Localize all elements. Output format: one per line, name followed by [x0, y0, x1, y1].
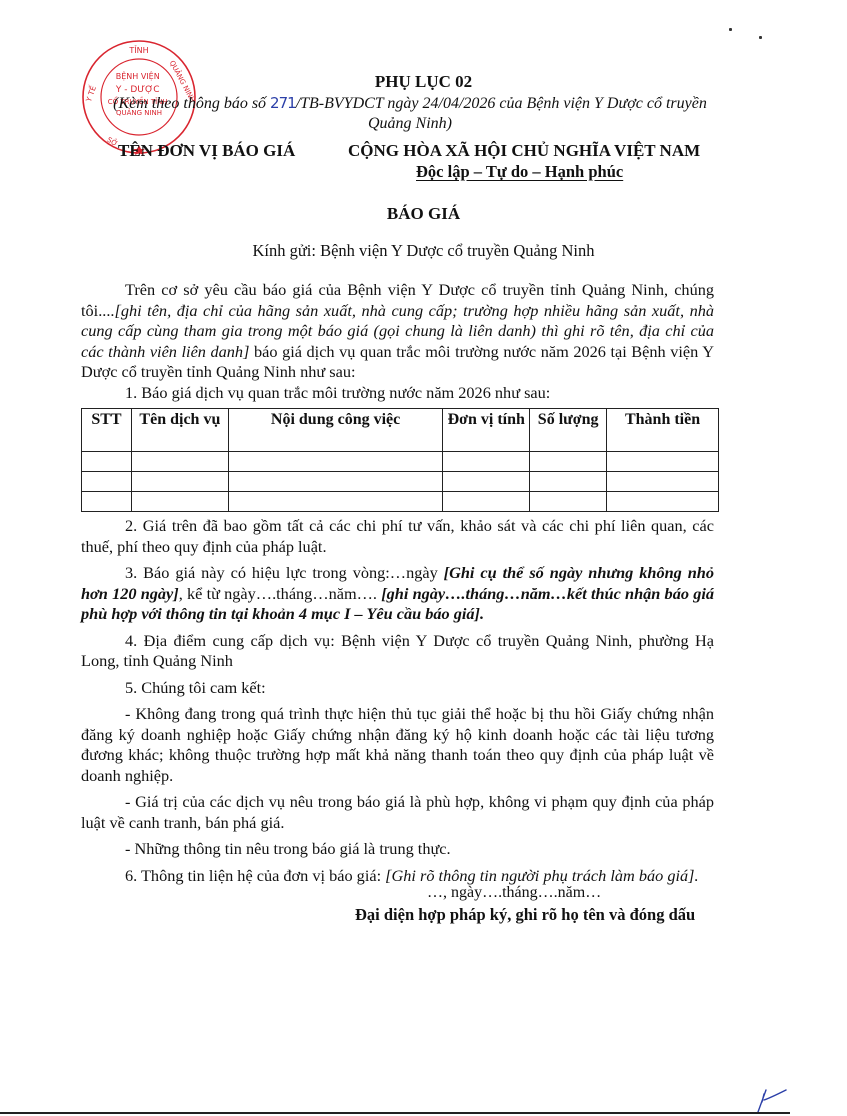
quoting-unit-name: TÊN ĐƠN VỊ BÁO GIÁ: [118, 141, 295, 161]
cell[interactable]: [82, 492, 132, 512]
table-row: [82, 472, 719, 492]
date-line: …, ngày….tháng….năm…: [427, 884, 601, 902]
col-work-content: Nội dung công việc: [228, 409, 443, 452]
item-6-text: 6. Thông tin liện hệ của đơn vị báo giá:: [125, 866, 385, 885]
quotation-table: STT Tên dịch vụ Nội dung công việc Đơn v…: [81, 408, 719, 512]
item-3: 3. Báo giá này có hiệu lực trong vòng:…n…: [81, 563, 714, 625]
page-bottom-border: [0, 1112, 790, 1114]
cell[interactable]: [443, 472, 530, 492]
document-title: BÁO GIÁ: [0, 204, 847, 224]
national-motto: Độc lập – Tự do – Hạnh phúc: [416, 162, 623, 182]
cell[interactable]: [607, 472, 719, 492]
cell[interactable]: [228, 492, 443, 512]
handwritten-notice-number: 271: [270, 94, 296, 112]
appendix-note: (Kèm theo thông báo số 271/TB-BVYDCT ngà…: [105, 93, 715, 134]
recipient-line: Kính gửi: Bệnh viện Y Dược cổ truyền Quả…: [0, 241, 847, 261]
col-stt: STT: [82, 409, 132, 452]
cell[interactable]: [82, 472, 132, 492]
appendix-title: PHỤ LỤC 02: [0, 72, 847, 92]
item-6: 6. Thông tin liện hệ của đơn vị báo giá:…: [81, 866, 714, 887]
col-amount: Thành tiền: [607, 409, 719, 452]
item-3-text: 3. Báo giá này có hiệu lực trong vòng:…n…: [125, 563, 444, 582]
initial-signature-icon: [752, 1084, 790, 1114]
cell[interactable]: [228, 472, 443, 492]
col-quantity: Số lượng: [530, 409, 607, 452]
col-service-name: Tên dịch vụ: [131, 409, 228, 452]
intro-paragraph: Trên cơ sở yêu cầu báo giá của Bệnh viện…: [81, 280, 714, 383]
scan-speck: [759, 36, 762, 39]
cell[interactable]: [443, 452, 530, 472]
cell[interactable]: [607, 492, 719, 512]
cell[interactable]: [530, 472, 607, 492]
col-unit: Đơn vị tính: [443, 409, 530, 452]
cell[interactable]: [443, 492, 530, 512]
item-5: 5. Chúng tôi cam kết:: [81, 678, 714, 699]
signer-caption: Đại diện hợp pháp ký, ghi rõ họ tên và đ…: [355, 905, 695, 925]
national-title: CỘNG HÒA XÃ HỘI CHỦ NGHĨA VIỆT NAM: [348, 141, 700, 161]
scan-speck: [729, 28, 732, 31]
note-prefix: (Kèm theo thông báo số: [113, 95, 270, 112]
cell[interactable]: [82, 452, 132, 472]
note-suffix: /TB-BVYDCT ngày 24/04/2026 của Bệnh viện…: [296, 95, 707, 132]
commitment-3: - Những thông tin nêu trong báo giá là t…: [81, 839, 714, 860]
cell[interactable]: [228, 452, 443, 472]
item-1: 1. Báo giá dịch vụ quan trắc môi trường …: [81, 383, 714, 404]
commitment-2: - Giá trị của các dịch vụ nêu trong báo …: [81, 792, 714, 833]
cell[interactable]: [530, 492, 607, 512]
handwritten-initial: [752, 1084, 790, 1114]
commitment-1: - Không đang trong quá trình thực hiện t…: [81, 704, 714, 786]
terms-section: 2. Giá trên đã bao gồm tất cả các chi ph…: [81, 516, 714, 886]
cell[interactable]: [131, 472, 228, 492]
svg-text:TỈNH: TỈNH: [128, 44, 148, 55]
table-row: [82, 452, 719, 472]
item-4: 4. Địa điểm cung cấp dịch vụ: Bệnh viện …: [81, 631, 714, 672]
cell[interactable]: [530, 452, 607, 472]
item-3-text-mid: , kể từ ngày….tháng…năm….: [179, 584, 382, 603]
intro-section: Trên cơ sở yêu cầu báo giá của Bệnh viện…: [81, 280, 714, 403]
cell[interactable]: [131, 492, 228, 512]
cell[interactable]: [131, 452, 228, 472]
table-row: [82, 492, 719, 512]
table-header-row: STT Tên dịch vụ Nội dung công việc Đơn v…: [82, 409, 719, 452]
stamp-top-text: TỈNH: [128, 44, 148, 55]
item-6-instruction: [Ghi rõ thông tin người phụ trách làm bá…: [385, 866, 698, 885]
cell[interactable]: [607, 452, 719, 472]
item-2: 2. Giá trên đã bao gồm tất cả các chi ph…: [81, 516, 714, 557]
